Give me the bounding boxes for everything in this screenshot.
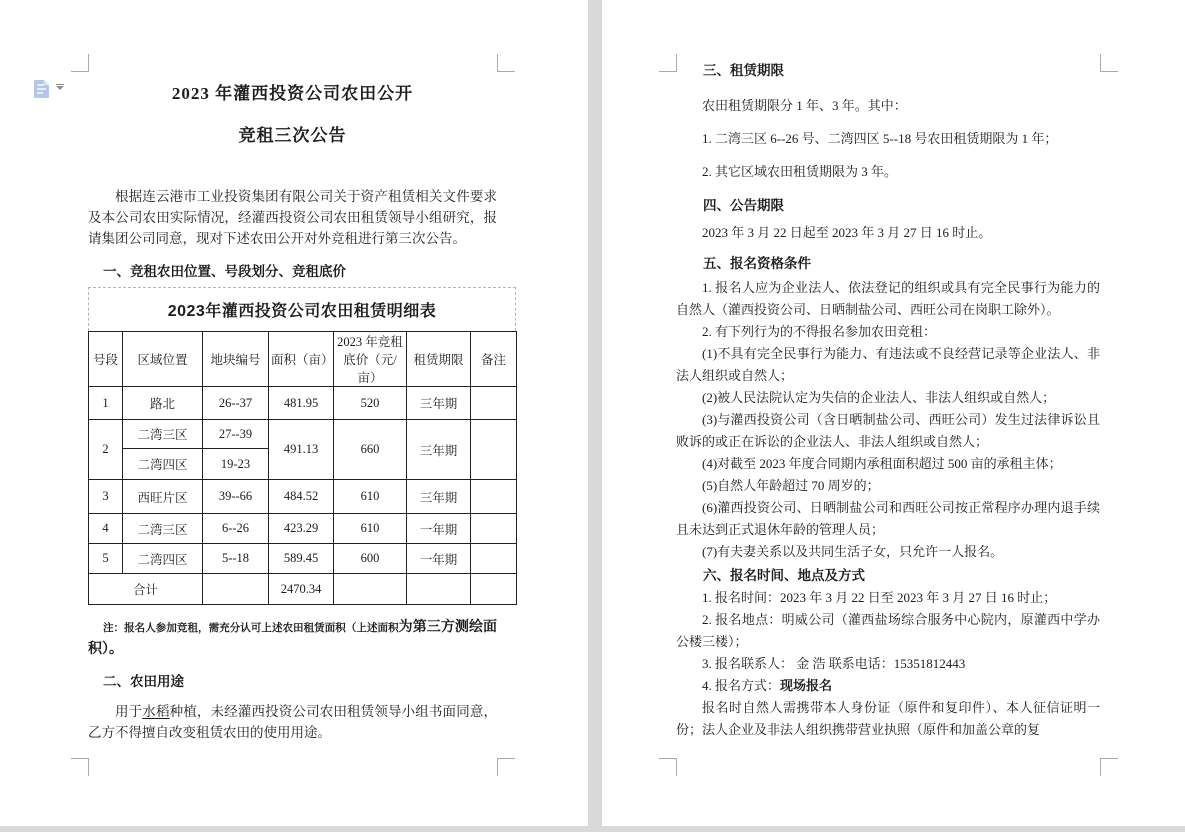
text-boundary-mark [1100, 758, 1118, 776]
col-header: 面积（亩） [269, 332, 334, 387]
page-2[interactable]: 三、租赁期限 农田租赁期限分 1 年、3 年。其中： 1. 二湾三区 6--26… [602, 0, 1185, 827]
page-gap [588, 0, 602, 827]
page-1[interactable]: 2023 年灌西投资公司农田公开 竞租三次公告 根据连云港市工业投资集团有限公司… [0, 0, 588, 827]
cell-no: 5 [89, 544, 123, 574]
section5-item: 2. 有下列行为的不得报名参加农田竞租： [676, 321, 1100, 343]
section6-item: 1. 报名时间：2023 年 3 月 22 日至 2023 年 3 月 27 日… [676, 587, 1100, 609]
section2-paragraph: 用于水稻种植，未经灌西投资公司农田租赁领导小组书面同意，乙方不得擅自改变租赁农田… [88, 701, 497, 743]
section5-item: (2)被人民法院认定为失信的企业法人、非法人组织或自然人； [676, 387, 1100, 409]
col-header: 区域位置 [123, 332, 203, 387]
document-title-line1: 2023 年灌西投资公司农田公开 [88, 84, 497, 104]
table-row: 4 二湾三区 6--26 423.29 610 一年期 [89, 514, 517, 544]
section3-intro: 农田租赁期限分 1 年、3 年。其中： [676, 95, 1100, 117]
table-note-small: 注：报名人参加竞租，需充分认可上述农田租赁面积（上述面积 [103, 623, 399, 634]
cell-size: 484.52 [269, 480, 334, 514]
section6-item: 4. 报名方式：现场报名 [676, 675, 1100, 697]
section2-underlined-term: 水稻 [142, 704, 169, 719]
cell-location: 二湾三区 [123, 514, 203, 544]
cell-block [203, 574, 269, 605]
cell-price: 610 [334, 514, 407, 544]
section5-item: (6)灌西投资公司、日晒制盐公司和西旺公司按正常程序办理内退手续且未达到正式退休… [676, 497, 1100, 541]
cell-price: 660 [334, 420, 407, 480]
section6-item4-label: 4. 报名方式： [702, 678, 780, 693]
section4-heading: 四、公告期限 [676, 197, 1100, 215]
cell-price: 520 [334, 387, 407, 420]
cell-size: 589.45 [269, 544, 334, 574]
table-title-box: 2023年灌西投资公司农田租赁明细表 [88, 287, 516, 331]
table-note: 注：报名人参加竞租，需充分认可上述农田租赁面积（上述面积为第三方测绘面积）。 [88, 617, 497, 660]
table-total-row: 合计 2470.34 [89, 574, 517, 605]
section4-text: 2023 年 3 月 22 日起至 2023 年 3 月 27 日 16 时止。 [676, 222, 1100, 244]
cell-term [407, 574, 471, 605]
section3-item: 2. 其它区域农田租赁期限为 3 年。 [676, 161, 1100, 183]
document-view: 2023 年灌西投资公司农田公开 竞租三次公告 根据连云港市工业投资集团有限公司… [0, 0, 1185, 832]
lease-table-frame: 2023年灌西投资公司农田租赁明细表 号段 区域位置 地块编号 面积（亩） 20… [88, 287, 516, 605]
text-boundary-mark [497, 758, 515, 776]
table-header-row: 号段 区域位置 地块编号 面积（亩） 2023 年竞租底价（元/亩） 租赁期限 … [89, 332, 517, 387]
table-row: 5 二湾四区 5--18 589.45 600 一年期 [89, 544, 517, 574]
section5-item: (4)对截至 2023 年度合同期内承租面积超过 500 亩的承租主体； [676, 453, 1100, 475]
cell-block: 19-23 [203, 449, 269, 480]
cell-location: 西旺片区 [123, 480, 203, 514]
cell-no: 2 [89, 420, 123, 480]
cell-no: 3 [89, 480, 123, 514]
col-header: 2023 年竞租底价（元/亩） [334, 332, 407, 387]
section2-heading: 二、农田用途 [88, 673, 497, 691]
cell-location: 二湾三区 [123, 420, 203, 449]
section6-item: 3. 报名联系人： 金 浩 联系电话：15351812443 [676, 653, 1100, 675]
section5-item: (1)不具有完全民事行为能力、有违法或不良经营记录等企业法人、非法人组织或自然人… [676, 343, 1100, 387]
section5-item: (5)自然人年龄超过 70 周岁的； [676, 475, 1100, 497]
paste-options-button[interactable] [34, 80, 64, 98]
section5-item: (3)与灌西投资公司（含日晒制盐公司、西旺公司）发生过法律诉讼且败诉的或正在诉讼… [676, 409, 1100, 453]
cell-location: 二湾四区 [123, 544, 203, 574]
cell-term: 三年期 [407, 480, 471, 514]
col-header: 备注 [471, 332, 517, 387]
cell-remark [471, 387, 517, 420]
table-row: 2 二湾三区 27--39 491.13 660 三年期 [89, 420, 517, 449]
intro-paragraph: 根据连云港市工业投资集团有限公司关于资产租赁相关文件要求及本公司农田实际情况，经… [88, 186, 497, 249]
cell-term: 一年期 [407, 544, 471, 574]
section5-item: 1. 报名人应为企业法人、依法登记的组织或具有完全民事行为能力的自然人（灌西投资… [676, 277, 1100, 321]
cell-remark [471, 480, 517, 514]
text-boundary-mark [659, 758, 677, 776]
col-header: 号段 [89, 332, 123, 387]
cell-no: 4 [89, 514, 123, 544]
cell-block: 26--37 [203, 387, 269, 420]
cell-term: 一年期 [407, 514, 471, 544]
table-row: 3 西旺片区 39--66 484.52 610 三年期 [89, 480, 517, 514]
section5-item: (7)有夫妻关系以及共同生活子女，只允许一人报名。 [676, 541, 1100, 563]
cell-total-label: 合计 [89, 574, 203, 605]
text-boundary-mark [1100, 54, 1118, 72]
cell-term: 三年期 [407, 420, 471, 480]
chevron-down-icon[interactable] [56, 84, 64, 90]
cell-block: 6--26 [203, 514, 269, 544]
cell-size: 491.13 [269, 420, 334, 480]
cell-remark [471, 574, 517, 605]
cell-no: 1 [89, 387, 123, 420]
section6-tail-paragraph: 报名时自然人需携带本人身份证（原件和复印件）、本人征信证明一份；法人企业及非法人… [676, 697, 1100, 741]
cell-location: 路北 [123, 387, 203, 420]
section1-heading: 一、竞租农田位置、号段划分、竞租底价 [88, 263, 497, 281]
paste-document-icon [34, 80, 49, 98]
cell-remark [471, 514, 517, 544]
col-header: 租赁期限 [407, 332, 471, 387]
text-boundary-mark [71, 758, 89, 776]
section3-item: 1. 二湾三区 6--26 号、二湾四区 5--18 号农田租赁期限为 1 年； [676, 128, 1100, 150]
cell-price: 600 [334, 544, 407, 574]
text-boundary-mark [497, 54, 515, 72]
cell-block: 5--18 [203, 544, 269, 574]
cell-total-size: 2470.34 [269, 574, 334, 605]
cell-price: 610 [334, 480, 407, 514]
cell-term: 三年期 [407, 387, 471, 420]
lease-detail-table: 号段 区域位置 地块编号 面积（亩） 2023 年竞租底价（元/亩） 租赁期限 … [88, 331, 517, 605]
cell-location: 二湾四区 [123, 449, 203, 480]
cell-size: 423.29 [269, 514, 334, 544]
cell-remark [471, 544, 517, 574]
table-row: 1 路北 26--37 481.95 520 三年期 [89, 387, 517, 420]
document-title-line2: 竞租三次公告 [88, 126, 497, 146]
cell-price [334, 574, 407, 605]
table-title: 2023年灌西投资公司农田租赁明细表 [168, 298, 437, 321]
cell-block: 39--66 [203, 480, 269, 514]
section6-item4-method: 现场报名 [780, 678, 832, 693]
section5-heading: 五、报名资格条件 [676, 255, 1100, 273]
section3-heading: 三、租赁期限 [676, 62, 1100, 80]
cell-size: 481.95 [269, 387, 334, 420]
col-header: 地块编号 [203, 332, 269, 387]
section2-text: 用于 [115, 704, 142, 719]
cell-block: 27--39 [203, 420, 269, 449]
bottom-strip [0, 826, 1185, 832]
text-boundary-mark [71, 54, 89, 72]
section6-item: 2. 报名地点：明威公司（灌西盐场综合服务中心院内，原灌西中学办公楼三楼）； [676, 609, 1100, 653]
cell-remark [471, 420, 517, 480]
section6-heading: 六、报名时间、地点及方式 [676, 567, 1100, 585]
text-boundary-mark [659, 54, 677, 72]
